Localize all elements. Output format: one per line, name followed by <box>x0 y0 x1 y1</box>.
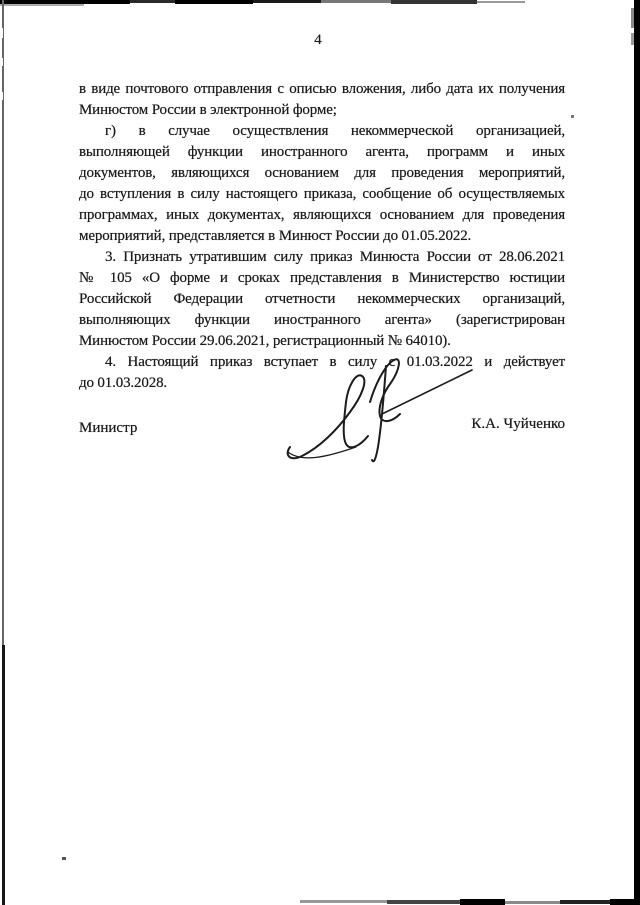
signer-name: К.А. Чуйченко <box>471 414 565 435</box>
paragraph-item-4: 4. Настоящий приказ вступает в силу с 01… <box>79 352 565 394</box>
scan-artifact-top-edge <box>0 0 130 4</box>
scan-artifact-right-edge <box>634 0 640 905</box>
scan-artifact-top-edge <box>253 0 321 3</box>
text-line: программах, иных документах, являющихся … <box>79 205 565 226</box>
scan-artifact-top-edge <box>130 0 175 3</box>
text-line: г) в случае осуществления некоммерческой… <box>79 121 565 142</box>
scanned-document-page: 4 в виде почтового отправления с описью … <box>0 0 640 905</box>
text-line: 3. Признать утратившим силу приказ Минюс… <box>79 247 565 268</box>
scan-artifact-speck <box>571 115 574 118</box>
scan-artifact-top-edge <box>321 0 391 3</box>
text-line: Минюстом России 29.06.2021, регистрацион… <box>79 331 565 352</box>
paragraph-item-3: 3. Признать утратившим силу приказ Минюс… <box>79 247 565 352</box>
scan-artifact-top-edge <box>477 1 525 3</box>
text-line: документов, являющихся основанием для пр… <box>79 163 565 184</box>
scan-artifact-bottom-edge <box>300 900 387 903</box>
text-line: № 105 «О форме и сроках представления в … <box>79 268 565 289</box>
scan-artifact-left-edge <box>1 58 3 66</box>
text-line: выполняющей функции иностранного агента,… <box>79 142 565 163</box>
page-number: 4 <box>0 30 636 51</box>
text-line: Минюстом России в электронной форме; <box>79 100 565 121</box>
text-line: мероприятий, представляется в Минюст Рос… <box>79 226 565 247</box>
scan-artifact-left-edge <box>1 92 3 100</box>
signer-role-label: Министр <box>79 418 137 439</box>
scan-artifact-bottom-edge <box>387 900 460 904</box>
scan-artifact-top-edge <box>175 0 253 4</box>
text-line: 4. Настоящий приказ вступает в силу с 01… <box>79 352 565 373</box>
paragraph-item-g: г) в случае осуществления некоммерческой… <box>79 121 565 247</box>
scan-artifact-bottom-edge <box>610 899 640 905</box>
scan-artifact-top-edge <box>0 4 84 6</box>
scan-artifact-bottom-edge <box>505 901 560 904</box>
text-line: до вступления в силу настоящего приказа,… <box>79 184 565 205</box>
scan-artifact-bottom-edge <box>460 899 505 905</box>
document-body: в виде почтового отправления с описью вл… <box>79 79 565 394</box>
text-line: до 01.03.2028. <box>79 373 565 394</box>
paragraph-continuation: в виде почтового отправления с описью вл… <box>79 79 565 121</box>
scan-artifact-speck <box>62 857 66 860</box>
scan-artifact-right-edge <box>631 8 634 28</box>
scan-artifact-top-edge <box>391 0 477 4</box>
text-line: Российской Федерации отчетности некоммер… <box>79 289 565 310</box>
text-line: в виде почтового отправления с описью вл… <box>79 79 565 100</box>
scan-artifact-left-edge <box>2 0 4 905</box>
scan-artifact-left-edge <box>2 645 5 905</box>
text-line: выполняющих функции иностранного агента»… <box>79 310 565 331</box>
scan-artifact-bottom-edge <box>560 900 610 904</box>
